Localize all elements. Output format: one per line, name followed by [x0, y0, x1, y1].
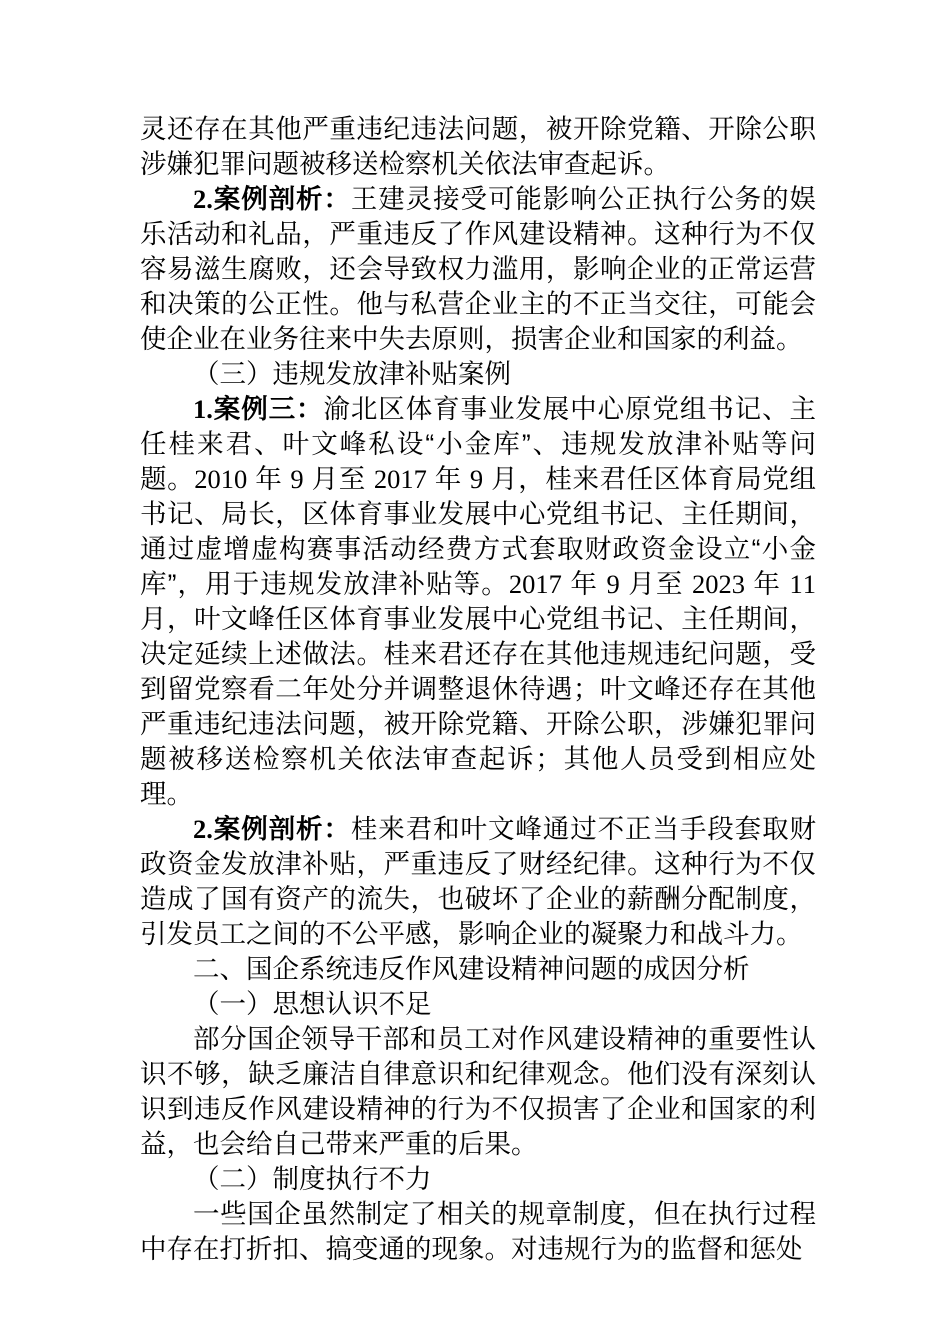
heading-subsection-1-ideological-awareness: （一）思想认识不足 [140, 987, 816, 1022]
paragraph-text: 灵还存在其他严重违纪违法问题，被开除党籍、开除公职涉嫌犯罪问题被移送检察机关依法… [140, 114, 816, 179]
paragraph-text: 一些国企虽然制定了相关的规章制度，但在执行过程中存在打折扣、搞变通的现象。对违规… [140, 1199, 816, 1264]
paragraph-case2-conclusion-continued: 灵还存在其他严重违纪违法问题，被开除党籍、开除公职涉嫌犯罪问题被移送检察机关依法… [140, 112, 816, 182]
case-analysis-label: 2.案例剖析： [193, 814, 351, 844]
case-number-label: 1.案例三： [193, 394, 323, 424]
case-analysis-label: 2.案例剖析： [193, 184, 351, 214]
document-page: 灵还存在其他严重违纪违法问题，被开除党籍、开除公职涉嫌犯罪问题被移送检察机关依法… [0, 0, 950, 1344]
paragraph-case3-analysis: 2.案例剖析：桂来君和叶文峰通过不正当手段套取财政资金发放津补贴，严重违反了财经… [140, 812, 816, 952]
paragraph-weak-enforcement-detail: 一些国企虽然制定了相关的规章制度，但在执行过程中存在打折扣、搞变通的现象。对违规… [140, 1197, 816, 1267]
paragraph-text: 渝北区体育事业发展中心原党组书记、主任桂来君、叶文峰私设“小金库”、违规发放津补… [140, 394, 816, 809]
paragraph-case2-analysis: 2.案例剖析：王建灵接受可能影响公正执行公务的娱乐活动和礼品，严重违反了作风建设… [140, 182, 816, 357]
heading-subsection-2-weak-enforcement: （二）制度执行不力 [140, 1162, 816, 1197]
heading-text: （一）思想认识不足 [193, 989, 432, 1019]
heading-text: 二、国企系统违反作风建设精神问题的成因分析 [193, 954, 750, 984]
paragraph-text: 部分国企领导干部和员工对作风建设精神的重要性认识不够，缺乏廉洁自律意识和纪律观念… [140, 1024, 816, 1159]
heading-text: （二）制度执行不力 [193, 1164, 432, 1194]
paragraph-ideological-awareness-detail: 部分国企领导干部和员工对作风建设精神的重要性认识不够，缺乏廉洁自律意识和纪律观念… [140, 1022, 816, 1162]
paragraph-case3-description: 1.案例三：渝北区体育事业发展中心原党组书记、主任桂来君、叶文峰私设“小金库”、… [140, 392, 816, 812]
heading-subsection-3-allowance-cases: （三）违规发放津补贴案例 [140, 357, 816, 392]
document-body-text: 灵还存在其他严重违纪违法问题，被开除党籍、开除公职涉嫌犯罪问题被移送检察机关依法… [140, 112, 816, 1267]
heading-section-2-cause-analysis: 二、国企系统违反作风建设精神问题的成因分析 [140, 952, 816, 987]
heading-text: （三）违规发放津补贴案例 [193, 359, 511, 389]
